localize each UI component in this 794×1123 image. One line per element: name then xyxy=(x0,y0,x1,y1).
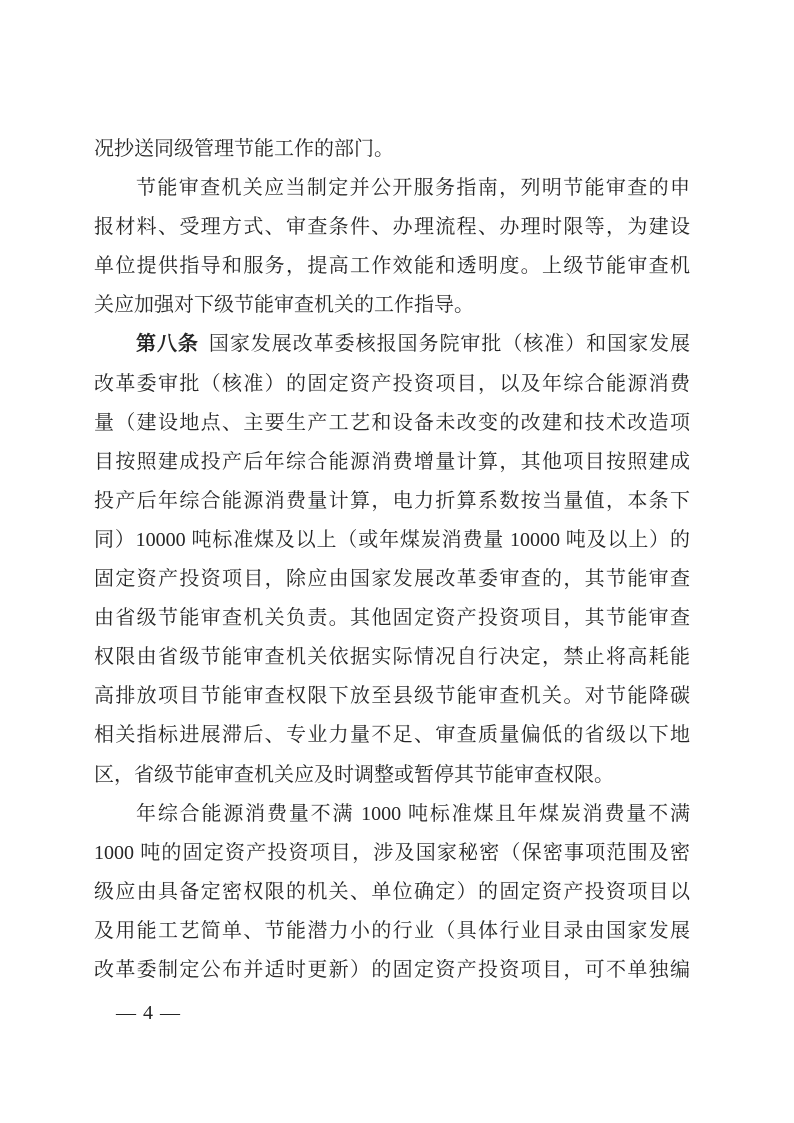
text-line: 权限由省级节能审查机关依据实际情况自行决定，禁止将高耗能 xyxy=(94,638,690,677)
text-line: 改革委审批（核准）的固定资产投资项目，以及年综合能源消费 xyxy=(94,365,690,404)
text-line: 单位提供指导和服务，提高工作效能和透明度。上级节能审查机 xyxy=(94,247,690,286)
text-line: 量（建设地点、主要生产工艺和设备未改变的改建和技术改造项 xyxy=(94,404,690,443)
text-line: 节能审查机关应当制定并公开服务指南，列明节能审查的申 xyxy=(94,169,690,208)
text-line: 高排放项目节能审查权限下放至县级节能审查机关。对节能降碳 xyxy=(94,677,690,716)
text-line: 关应加强对下级节能审查机关的工作指导。 xyxy=(94,286,690,325)
text-line: 目按照建成投产后年综合能源消费增量计算，其他项目按照建成 xyxy=(94,443,690,482)
page-footer: — 4 — xyxy=(116,1000,181,1026)
document-page: 况抄送同级管理节能工作的部门。 节能审查机关应当制定并公开服务指南，列明节能审查… xyxy=(0,0,794,1123)
text-line-article-8: 第八条国家发展改革委核报国务院审批（核准）和国家发展 xyxy=(94,325,690,364)
page-number: — 4 — xyxy=(116,1002,181,1024)
text-line: 级应由具备定密权限的机关、单位确定）的固定资产投资项目以 xyxy=(94,873,690,912)
text-line: 由省级节能审查机关负责。其他固定资产投资项目，其节能审查 xyxy=(94,599,690,638)
document-body: 况抄送同级管理节能工作的部门。 节能审查机关应当制定并公开服务指南，列明节能审查… xyxy=(94,130,690,990)
text-line: 报材料、受理方式、审查条件、办理流程、办理时限等，为建设 xyxy=(94,208,690,247)
text-line: 相关指标进展滞后、专业力量不足、审查质量偏低的省级以下地 xyxy=(94,716,690,755)
text-line: 区，省级节能审查机关应及时调整或暂停其节能审查权限。 xyxy=(94,756,690,795)
text-line: 年综合能源消费量不满 1000 吨标准煤且年煤炭消费量不满 xyxy=(94,795,690,834)
text-line: 及用能工艺简单、节能潜力小的行业（具体行业目录由国家发展 xyxy=(94,912,690,951)
text-line: 投产后年综合能源消费量计算，电力折算系数按当量值，本条下 xyxy=(94,482,690,521)
text-line: 固定资产投资项目，除应由国家发展改革委审查的，其节能审查 xyxy=(94,560,690,599)
text-line: 1000 吨的固定资产投资项目，涉及国家秘密（保密事项范围及密 xyxy=(94,834,690,873)
article-number-label: 第八条 xyxy=(136,333,199,355)
text-line: 同）10000 吨标准煤及以上（或年煤炭消费量 10000 吨及以上）的 xyxy=(94,521,690,560)
text-line: 改革委制定公布并适时更新）的固定资产投资项目，可不单独编 xyxy=(94,951,690,990)
text-line: 况抄送同级管理节能工作的部门。 xyxy=(94,130,690,169)
article-text: 国家发展改革委核报国务院审批（核准）和国家发展 xyxy=(209,333,690,355)
